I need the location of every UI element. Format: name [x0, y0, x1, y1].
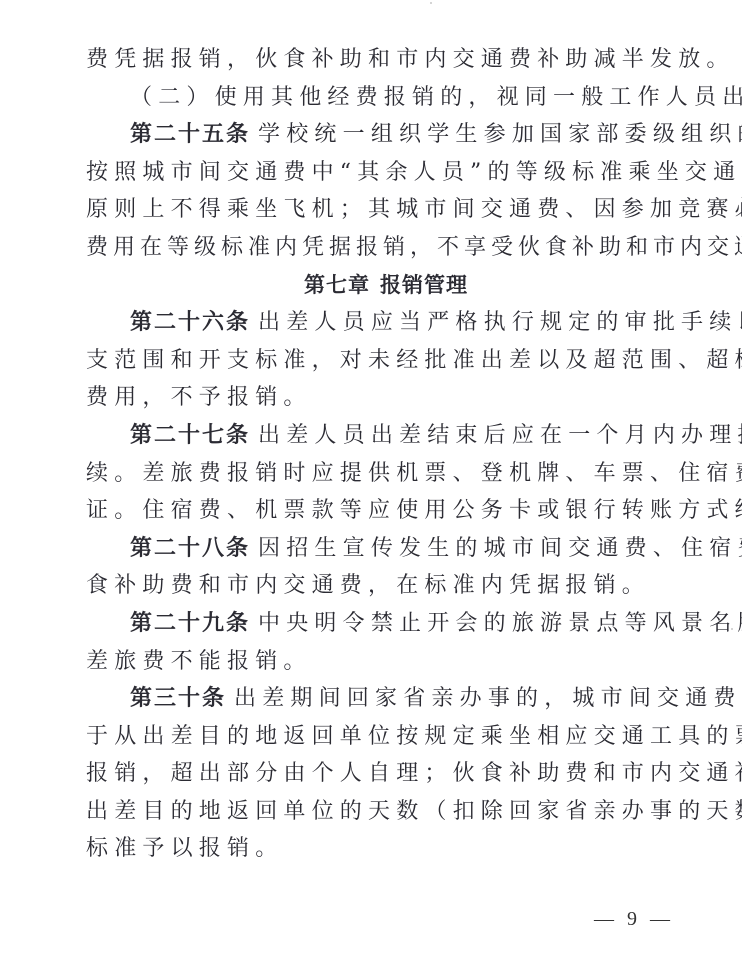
- chapter-title: 报销管理: [380, 273, 468, 297]
- chapter-number: 第七章: [304, 273, 370, 297]
- article-number: 第二十九条: [130, 611, 250, 636]
- article-text: 出差期间回家省亲办事的，城市间交通费按不高: [234, 686, 742, 711]
- article-27-line: 第二十七条出差人员出差结束后应在一个月内办理报销手: [86, 417, 696, 455]
- article-text: 出差人员出差结束后应在一个月内办理报销手: [258, 423, 742, 448]
- paragraph-line: 出差目的地返回单位的天数（扣除回家省亲办事的天数）和规定: [86, 793, 696, 831]
- paragraph-line: 食补助费和市内交通费，在标准内凭据报销。: [86, 567, 696, 605]
- paragraph-line: 证。住宿费、机票款等应使用公务卡或银行转账方式结算。: [86, 492, 696, 530]
- paragraph-line: 支范围和开支标准，对未经批准出差以及超范围、超标准开支的: [86, 342, 696, 380]
- article-text: 因招生宣传发生的城市间交通费、住宿费、伙: [258, 536, 742, 561]
- paragraph-line: 费凭据报销，伙食补助和市内交通费补助减半发放。: [86, 41, 696, 79]
- paragraph-line: 报销，超出部分由个人自理；伙食补助费和市内交通补助费按从: [86, 755, 696, 793]
- scan-speck: [731, 628, 733, 630]
- paragraph-line: 原则上不得乘坐飞机；其城市间交通费、因参加竞赛必须发生的: [86, 191, 696, 229]
- article-29-line: 第二十九条中央明令禁止开会的旅游景点等风景名胜区的: [86, 605, 696, 643]
- article-number: 第二十五条: [130, 122, 250, 147]
- paragraph-line: （二）使用其他经费报销的，视同一般工作人员出差。: [86, 79, 696, 117]
- article-number: 第二十六条: [130, 310, 250, 335]
- article-text: 中央明令禁止开会的旅游景点等风景名胜区的: [258, 611, 742, 636]
- article-30-line: 第三十条出差期间回家省亲办事的，城市间交通费按不高: [86, 680, 696, 718]
- article-28-line: 第二十八条因招生宣传发生的城市间交通费、住宿费、伙: [86, 530, 696, 568]
- paragraph-line: 续。差旅费报销时应提供机票、登机牌、车票、住宿费发票等凭: [86, 455, 696, 493]
- paragraph-line: 按照城市间交通费中“其余人员”的等级标准乘坐交通工具，但: [86, 154, 696, 192]
- article-26-line: 第二十六条出差人员应当严格执行规定的审批手续以及开: [86, 304, 696, 342]
- paragraph-line: 费用，不予报销。: [86, 379, 696, 417]
- article-number: 第三十条: [130, 686, 226, 711]
- page-number: — 9 —: [594, 908, 674, 931]
- scan-speck: [430, 2, 432, 4]
- paragraph-line: 于从出差目的地返回单位按规定乘坐相应交通工具的票价予以: [86, 718, 696, 756]
- paragraph-line: 标准予以报销。: [86, 830, 696, 868]
- document-page: 费凭据报销，伙食补助和市内交通费补助减半发放。 （二）使用其他经费报销的，视同一…: [0, 0, 742, 954]
- article-text: 学校统一组织学生参加国家部委级组织的竞赛，: [258, 122, 742, 147]
- chapter-heading: 第七章报销管理: [86, 267, 686, 305]
- paragraph-line: 差旅费不能报销。: [86, 643, 696, 681]
- paragraph-line: 费用在等级标准内凭据报销，不享受伙食补助和市内交通费补助。: [86, 229, 696, 267]
- article-text: 出差人员应当严格执行规定的审批手续以及开: [258, 310, 742, 335]
- body-text: 费凭据报销，伙食补助和市内交通费补助减半发放。 （二）使用其他经费报销的，视同一…: [86, 41, 696, 868]
- article-number: 第二十八条: [130, 536, 250, 561]
- article-number: 第二十七条: [130, 423, 250, 448]
- article-25-line: 第二十五条学校统一组织学生参加国家部委级组织的竞赛，: [86, 116, 696, 154]
